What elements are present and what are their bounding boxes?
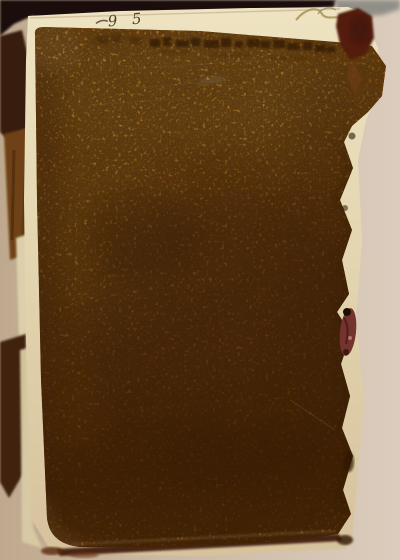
- bottom-left-debris: [41, 547, 63, 555]
- bottom-debris: [69, 552, 99, 558]
- photo-frame: 9 5: [0, 0, 400, 560]
- leather-grain: [30, 24, 390, 552]
- handwritten-mark-text: 9 5: [107, 9, 147, 30]
- cover-overlays: [15, 24, 390, 560]
- spine-fragment-streak: [12, 150, 14, 240]
- leather-cover: [15, 24, 390, 560]
- book-photo: 9 5: [0, 0, 400, 560]
